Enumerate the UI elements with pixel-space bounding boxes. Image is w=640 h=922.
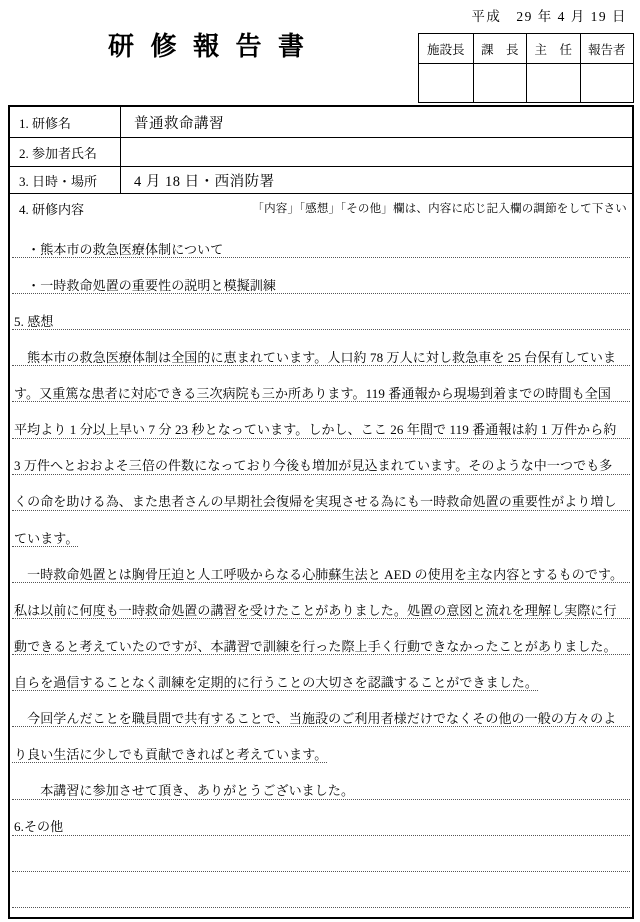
approval-header-section-chief: 課 長: [473, 34, 527, 63]
row-value-training-name: 普通救命講習: [121, 107, 632, 137]
page-title: 研 修 報 告 書: [108, 26, 309, 63]
approval-stamp-box-chief: [526, 63, 580, 102]
report-line-empty: [12, 872, 630, 908]
report-line-text: 私は以前に何度も一時救命処置の講習を受けたことがありました。処置の意図と流れを理…: [12, 603, 617, 618]
report-line: 本講習に参加させて頂き、ありがとうございました。: [12, 763, 630, 799]
report-line-text: ・熊本市の救急医療体制について: [12, 242, 223, 257]
report-line-text: 平均より 1 分以上早い 7 分 23 秒となっています。しかし、ここ 26 年…: [12, 422, 616, 437]
report-line-text: り良い生活に少しでも貢献できればと考えています。: [12, 747, 327, 763]
approval-stamp-box-section-chief: [473, 63, 527, 102]
form-row-date-place: 3. 日時・場所 4 月 18 日・西消防署: [10, 167, 632, 194]
report-line-text: 熊本市の救急医療体制は全国的に恵まれています。人口約 78 万人に対し救急車を …: [12, 350, 616, 365]
report-form-table: 1. 研修名 普通救命講習 2. 参加者氏名 3. 日時・場所 4 月 18 日…: [8, 105, 634, 919]
form-row-participants: 2. 参加者氏名: [10, 138, 632, 167]
report-line: くの命を助ける為、また患者さんの早期社会復帰を実現させる為にも一時救命処置の重要…: [12, 475, 630, 511]
report-line: 自らを過信することなく訓練を定期的に行うことの大切さを認識することができました。: [12, 655, 630, 691]
report-line: り良い生活に少しでも貢献できればと考えています。: [12, 727, 630, 763]
report-line-text: 動できると考えていたのですが、本講習で訓練を行った際上手く行動できなかったことが…: [12, 639, 617, 654]
row-label-date-place: 3. 日時・場所: [10, 167, 121, 193]
report-line: 動できると考えていたのですが、本講習で訓練を行った際上手く行動できなかったことが…: [12, 619, 630, 655]
report-line-text: 3 万件へとおおよそ三倍の件数になっており今後も増加が見込まれています。そのよう…: [12, 458, 612, 473]
report-line-text: 自らを過信することなく訓練を定期的に行うことの大切さを認識することができました。: [12, 675, 538, 691]
report-line-text: 一時救命処置とは胸骨圧迫と人工呼吸からなる心肺蘇生法と AED の使用を主な内容…: [12, 567, 623, 582]
row-label-participants: 2. 参加者氏名: [10, 138, 121, 166]
row-value-date-place: 4 月 18 日・西消防署: [121, 167, 632, 193]
training-report-page: 平成 29 年 4 月 19 日 研 修 報 告 書 施設長 課 長 主 任 報…: [0, 0, 640, 922]
approval-stamp-box-reporter: [580, 63, 634, 102]
section4-header: 4. 研修内容 「内容」「感想」「その他」欄は、内容に応じ記入欄の調節をして下さ…: [10, 194, 632, 222]
report-line: 一時救命処置とは胸骨圧迫と人工呼吸からなる心肺蘇生法と AED の使用を主な内容…: [12, 547, 630, 583]
row-label-training-name: 1. 研修名: [10, 107, 121, 137]
report-line-empty: [12, 836, 630, 872]
report-line-text: 本講習に参加させて頂き、ありがとうございました。: [12, 783, 354, 798]
report-line: す。又重篤な患者に対応できる三次病院も三か所あります。119 番通報から現場到着…: [12, 366, 630, 402]
report-line: 今回学んだことを職員間で共有することで、当施設のご利用者様だけでなくその他の一般…: [12, 691, 630, 727]
section4-label: 4. 研修内容: [19, 199, 84, 218]
report-line: ・熊本市の救急医療体制について: [12, 222, 630, 258]
report-line: 3 万件へとおおよそ三倍の件数になっており今後も増加が見込まれています。そのよう…: [12, 439, 630, 475]
report-line: 私は以前に何度も一時救命処置の講習を受けたことがありました。処置の意図と流れを理…: [12, 583, 630, 619]
approval-header-facility-director: 施設長: [419, 34, 473, 63]
approval-stamp-box-facility-director: [419, 63, 473, 102]
approval-header-chief: 主 任: [526, 34, 580, 63]
report-line-text: くの命を助ける為、また患者さんの早期社会復帰を実現させる為にも一時救命処置の重要…: [12, 494, 617, 509]
report-body: 4. 研修内容 「内容」「感想」「その他」欄は、内容に応じ記入欄の調節をして下さ…: [10, 194, 632, 917]
report-line: 平均より 1 分以上早い 7 分 23 秒となっています。しかし、ここ 26 年…: [12, 402, 630, 438]
report-line: ・一時救命処置の重要性の説明と模擬訓練: [12, 258, 630, 294]
report-line: 熊本市の救急医療体制は全国的に恵まれています。人口約 78 万人に対し救急車を …: [12, 330, 630, 366]
report-line-text: 5. 感想: [12, 314, 54, 329]
approval-stamp-table: 施設長 課 長 主 任 報告者: [418, 33, 634, 103]
report-line-text: ・一時救命処置の重要性の説明と模擬訓練: [12, 278, 276, 293]
row-value-participants: [121, 138, 632, 166]
section4-note: 「内容」「感想」「その他」欄は、内容に応じ記入欄の調節をして下さい: [252, 200, 627, 216]
form-row-training-name: 1. 研修名 普通救命講習: [10, 107, 632, 138]
report-line-text: 今回学んだことを職員間で共有することで、当施設のご利用者様だけでなくその他の一般…: [12, 711, 616, 726]
report-line-text: す。又重篤な患者に対応できる三次病院も三か所あります。119 番通報から現場到着…: [12, 386, 611, 401]
report-line-text: 6.その他: [12, 819, 63, 834]
section6-heading-line: 6.その他: [12, 800, 630, 836]
approval-header-reporter: 報告者: [580, 34, 634, 63]
section5-heading-line: 5. 感想: [12, 294, 630, 330]
report-line-text: ています。: [12, 531, 78, 547]
report-line: ています。: [12, 511, 630, 547]
report-date: 平成 29 年 4 月 19 日: [471, 5, 627, 25]
